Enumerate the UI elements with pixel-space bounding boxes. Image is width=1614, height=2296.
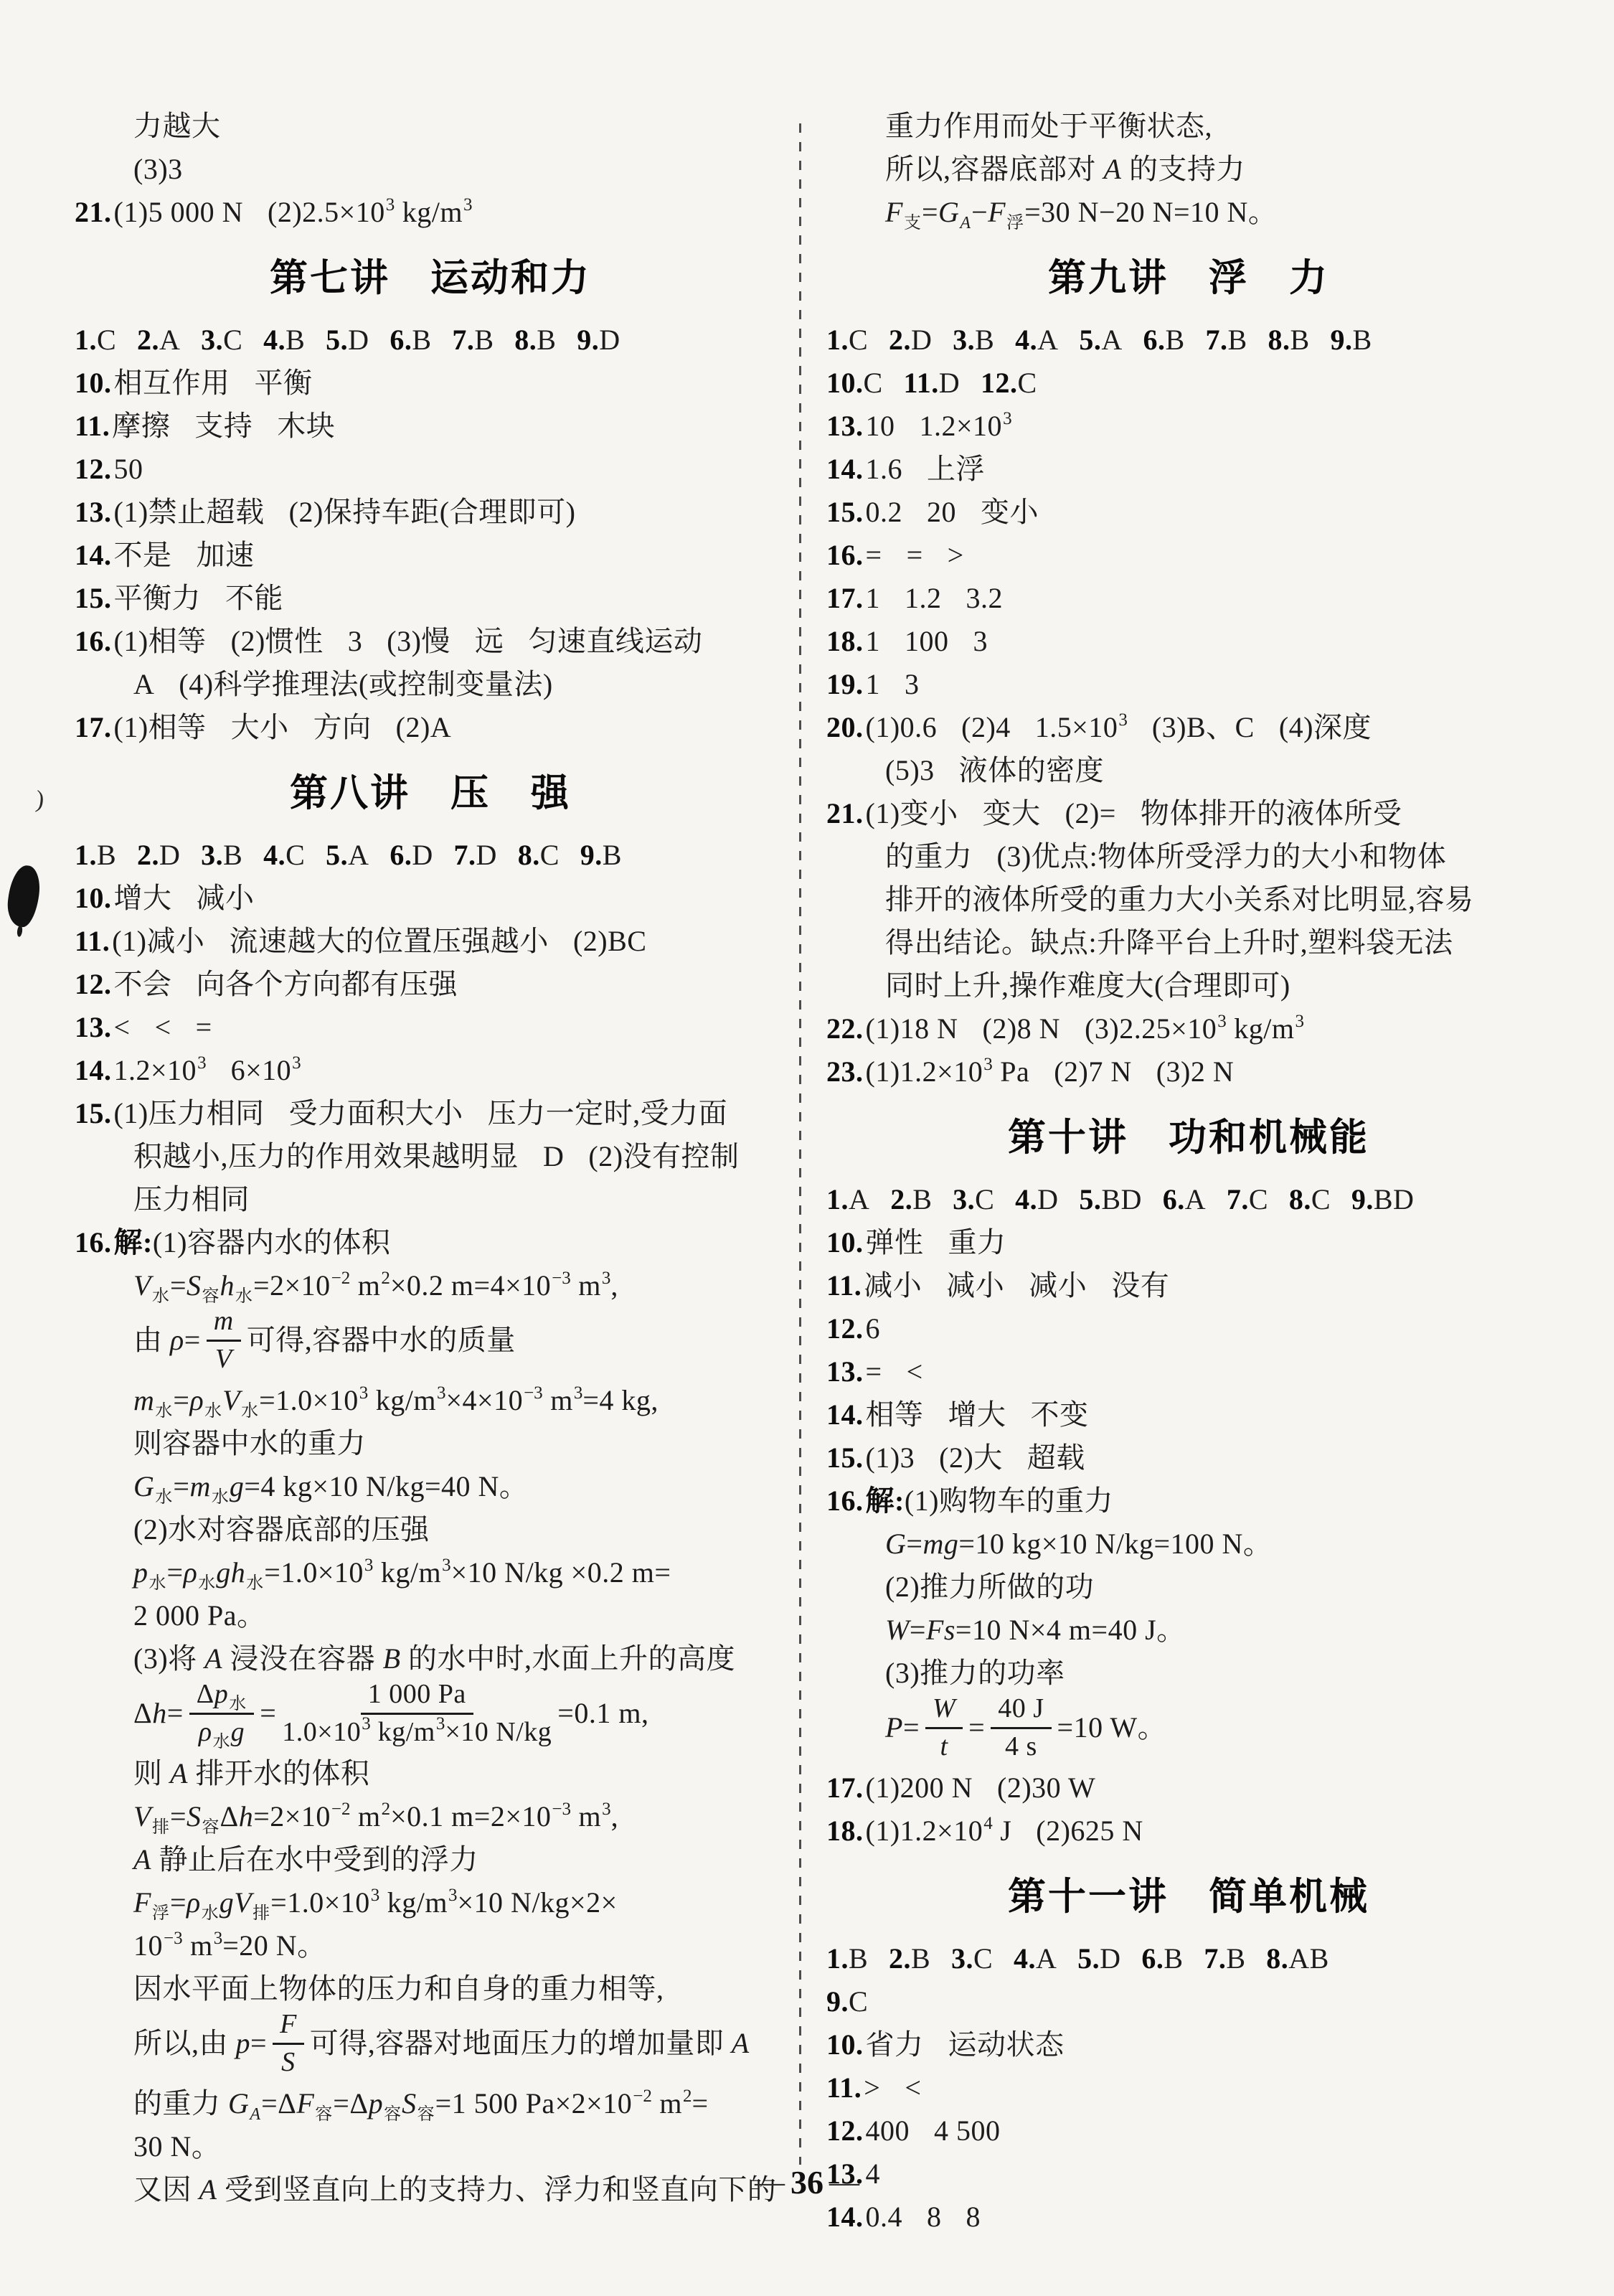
- item-number: 11.: [826, 1269, 862, 1302]
- item-number: 13.: [75, 496, 112, 528]
- answer-continuation-line: 重力作用而处于平衡状态,: [826, 105, 1551, 148]
- answer-continuation-line: 同时上升,操作难度大(合理即可): [826, 964, 1551, 1007]
- item-number: 14.: [826, 1398, 864, 1431]
- item-number: 15.: [75, 582, 112, 614]
- scanned-page: ) 力越大(3)321.(1)5 000 N(2)2.5×103 kg/m3第七…: [0, 0, 1614, 2296]
- section-heading: 第十讲 功和机械能: [826, 1112, 1551, 1164]
- answer-item: 21.(1)5 000 N(2)2.5×103 kg/m3: [75, 191, 786, 234]
- item-number: 12.: [75, 968, 112, 1000]
- section-heading: 第十一讲 简单机械: [826, 1871, 1551, 1923]
- fraction: mV: [207, 1304, 241, 1376]
- answer-item: 12.6: [826, 1307, 1551, 1350]
- item-number: 14.: [826, 2201, 864, 2233]
- answer-continuation-line: (5)3液体的密度: [826, 749, 1551, 792]
- answer-continuation-line: G=mg=10 kg×10 N/kg=100 N。: [826, 1523, 1551, 1566]
- item-number: 17.: [826, 582, 864, 614]
- item-number: 13.: [75, 1011, 112, 1043]
- item-number: 16.: [826, 1485, 864, 1517]
- answer-item: 10.弹性重力: [826, 1221, 1551, 1264]
- answer-continuation-line: (3)将 A 浸没在容器 B 的水中时,水面上升的高度: [75, 1637, 786, 1680]
- answer-continuation-line: V水=S容h水=2×10−2 m2×0.2 m=4×10−3 m3,: [75, 1264, 786, 1307]
- item-number: 10.: [75, 882, 112, 914]
- item-number: 15.: [75, 1097, 112, 1129]
- item-number: 13.: [826, 1355, 864, 1388]
- fraction: 40 J4 s: [991, 1692, 1051, 1764]
- answer-item: 12.50: [75, 448, 786, 491]
- footer-left-dash: —: [755, 2168, 785, 2197]
- answer-item: 10.增大减小: [75, 877, 786, 920]
- item-number: 10.: [75, 367, 112, 399]
- answer-item: 18.11003: [826, 620, 1551, 663]
- item-number: 15.: [826, 1441, 864, 1474]
- answer-item: 20.(1)0.6(2)41.5×103(3)B、C(4)深度: [826, 706, 1551, 749]
- fraction: Δp水ρ水g: [189, 1678, 254, 1749]
- answer-choices-row: 1.A2.B3.C4.D5.BD6.A7.C8.C9.BD: [826, 1178, 1551, 1221]
- answer-continuation-line: W=Fs=10 N×4 m=40 J。: [826, 1609, 1551, 1652]
- item-number: 14.: [75, 539, 112, 571]
- answer-continuation-line: A 静止后在水中受到的浮力: [75, 1838, 786, 1881]
- answer-continuation-line: F浮=ρ水gV排=1.0×103 kg/m3×10 N/kg×2×: [75, 1881, 786, 1924]
- answer-continuation-line: m水=ρ水V水=1.0×103 kg/m3×4×10−3 m3=4 kg,: [75, 1379, 786, 1422]
- answer-item: 13.101.2×103: [826, 405, 1551, 448]
- answer-continuation-line: A(4)科学推理法(或控制变量法): [75, 663, 786, 706]
- footer-right-dash: —: [829, 2168, 859, 2197]
- item-number: 14.: [826, 453, 864, 485]
- answer-choices-row: 1.B2.D3.B4.C5.A6.D7.D8.C9.B: [75, 834, 786, 877]
- answer-continuation-line: F支=GA−F浮=30 N−20 N=10 N。: [826, 191, 1551, 234]
- answer-continuation-line: P=Wt=40 J4 s=10 W。: [826, 1695, 1551, 1766]
- answer-item: 16.解:(1)购物车的重力: [826, 1479, 1551, 1523]
- item-number: 15.: [826, 496, 864, 528]
- answer-item: 14.1.2×1036×103: [75, 1049, 786, 1092]
- answer-item: 13.(1)禁止超载(2)保持车距(合理即可): [75, 491, 786, 534]
- item-number: 10.: [826, 1226, 864, 1258]
- answer-choices-row: 1.C2.A3.C4.B5.D6.B7.B8.B9.D: [75, 319, 786, 362]
- section-heading: 第八讲 压 强: [75, 768, 786, 819]
- left-column: 力越大(3)321.(1)5 000 N(2)2.5×103 kg/m3第七讲 …: [75, 105, 786, 2211]
- answer-continuation-line: 2 000 Pa。: [75, 1594, 786, 1637]
- item-number: 18.: [826, 1815, 864, 1847]
- answer-item: 22.(1)18 N(2)8 N(3)2.25×103 kg/m3: [826, 1007, 1551, 1050]
- answer-item: 16.解:(1)容器内水的体积: [75, 1221, 786, 1264]
- answer-continuation-line: p水=ρ水gh水=1.0×103 kg/m3×10 N/kg ×0.2 m=: [75, 1551, 786, 1594]
- answer-item: 11.减小减小减小没有: [826, 1264, 1551, 1307]
- answer-choices-row: 1.B2.B3.C4.A5.D6.B7.B8.AB: [826, 1937, 1551, 1980]
- answer-continuation-line: V排=S容Δh=2×10−2 m2×0.1 m=2×10−3 m3,: [75, 1795, 786, 1838]
- answer-continuation-line: Δh=Δp水ρ水g=1 000 Pa1.0×103 kg/m3×10 N/kg=…: [75, 1680, 786, 1752]
- item-number: 12.: [75, 453, 112, 485]
- answer-choices-row: 1.C2.D3.B4.A5.A6.B7.B8.B9.B: [826, 319, 1551, 362]
- margin-paren-artifact: ): [34, 786, 45, 814]
- answer-choices-row: 10.C11.D12.C: [826, 362, 1551, 405]
- answer-continuation-line: 由 ρ=mV可得,容器中水的质量: [75, 1307, 786, 1379]
- answer-item: 11.摩擦支持木块: [75, 405, 786, 448]
- fraction: 1 000 Pa1.0×103 kg/m3×10 N/kg: [282, 1678, 552, 1749]
- answer-item: 15.0.220变小: [826, 491, 1551, 534]
- answer-continuation-line: (2)推力所做的功: [826, 1566, 1551, 1609]
- answer-item: 15.(1)3(2)大超载: [826, 1436, 1551, 1479]
- answer-item: 10.相互作用平衡: [75, 362, 786, 405]
- answer-item: 18.(1)1.2×104 J(2)625 N: [826, 1810, 1551, 1853]
- answer-choices-row: 9.C: [826, 1980, 1551, 2023]
- item-number: 21.: [826, 797, 864, 829]
- answer-continuation-line: (2)水对容器底部的压强: [75, 1508, 786, 1551]
- right-column: 重力作用而处于平衡状态,所以,容器底部对 A 的支持力F支=GA−F浮=30 N…: [826, 105, 1551, 2239]
- column-divider-dashed-line: [799, 123, 801, 2165]
- item-number: 11.: [75, 925, 110, 957]
- answer-continuation-line: 则容器中水的重力: [75, 1422, 786, 1465]
- item-number: 22.: [826, 1012, 864, 1045]
- page-number: 36: [791, 2168, 823, 2197]
- item-number: 19.: [826, 668, 864, 700]
- answer-item: 16.==>: [826, 534, 1551, 577]
- answer-item: 14.相等增大不变: [826, 1393, 1551, 1436]
- answer-item: 11.(1)减小流速越大的位置压强越小(2)BC: [75, 920, 786, 963]
- item-number: 17.: [826, 1772, 864, 1804]
- answer-item: 12.不会向各个方向都有压强: [75, 963, 786, 1006]
- item-number: 14.: [75, 1054, 112, 1086]
- answer-item: 13.<<=: [75, 1006, 786, 1049]
- answer-item: 12.4004 500: [826, 2109, 1551, 2152]
- answer-continuation-line: G水=m水g=4 kg×10 N/kg=40 N。: [75, 1465, 786, 1508]
- answer-continuation-line: 30 N。: [75, 2125, 786, 2168]
- item-number: 10.: [826, 2028, 864, 2061]
- answer-continuation-line: 因水平面上物体的压力和自身的重力相等,: [75, 1967, 786, 2010]
- item-number: 17.: [75, 711, 112, 743]
- answer-continuation-line: 得出结论。缺点:升降平台上升时,塑料袋无法: [826, 921, 1551, 964]
- answer-continuation-line: 排开的液体所受的重力大小关系对比明显,容易: [826, 878, 1551, 921]
- answer-item: 10.省力运动状态: [826, 2023, 1551, 2066]
- answer-continuation-line: 的重力 GA=ΔF容=Δp容S容=1 500 Pa×2×10−2 m2=: [75, 2082, 786, 2125]
- answer-continuation-line: 则 A 排开水的体积: [75, 1752, 786, 1795]
- item-number: 16.: [75, 625, 112, 657]
- item-number: 16.: [75, 1226, 112, 1258]
- answer-continuation-line: 力越大: [75, 105, 786, 148]
- answer-item: 17.(1)相等大小方向(2)A: [75, 706, 786, 749]
- section-heading: 第七讲 运动和力: [75, 253, 786, 304]
- answer-continuation-line: 积越小,压力的作用效果越明显D(2)没有控制: [75, 1135, 786, 1178]
- item-number: 23.: [826, 1055, 864, 1088]
- answer-item: 14.0.488: [826, 2196, 1551, 2239]
- answer-item: 19.13: [826, 663, 1551, 706]
- answer-item: 13.=<: [826, 1350, 1551, 1393]
- item-number: 12.: [826, 2114, 864, 2147]
- item-number: 20.: [826, 711, 864, 743]
- answer-item: 15.(1)压力相同受力面积大小压力一定时,受力面: [75, 1092, 786, 1135]
- answer-continuation-line: 压力相同: [75, 1178, 786, 1221]
- answer-continuation-line: 所以,由 p=FS可得,容器对地面压力的增加量即 A: [75, 2010, 786, 2082]
- answer-item: 23.(1)1.2×103 Pa(2)7 N(3)2 N: [826, 1050, 1551, 1093]
- answer-item: 14.不是加速: [75, 534, 786, 577]
- answer-item: 17.(1)200 N(2)30 W: [826, 1766, 1551, 1810]
- fraction: Wt: [925, 1692, 963, 1764]
- answer-continuation-line: (3)推力的功率: [826, 1652, 1551, 1695]
- item-number: 21.: [75, 196, 112, 228]
- item-number: 16.: [826, 539, 864, 571]
- ink-blob-artifact: [5, 864, 42, 928]
- answer-item: 16.(1)相等(2)惯性3(3)慢远匀速直线运动: [75, 620, 786, 663]
- page-footer: — 36 —: [0, 2168, 1614, 2197]
- item-number: 12.: [826, 1312, 864, 1345]
- section-heading: 第九讲 浮 力: [826, 253, 1551, 304]
- item-number: 18.: [826, 625, 864, 657]
- item-number: 11.: [826, 2071, 862, 2104]
- answer-continuation-line: 10−3 m3=20 N。: [75, 1924, 786, 1967]
- answer-item: 11.><: [826, 2066, 1551, 2109]
- answer-item: 17.11.23.2: [826, 577, 1551, 620]
- answer-continuation-line: 的重力(3)优点:物体所受浮力的大小和物体: [826, 835, 1551, 878]
- answer-item: 15.平衡力不能: [75, 577, 786, 620]
- fraction: FS: [273, 2008, 304, 2079]
- answer-item: 14.1.6上浮: [826, 448, 1551, 491]
- answer-continuation-line: 所以,容器底部对 A 的支持力: [826, 148, 1551, 191]
- item-number: 11.: [75, 410, 110, 442]
- answer-continuation-line: (3)3: [75, 148, 786, 191]
- answer-item: 21.(1)变小变大(2)=物体排开的液体所受: [826, 792, 1551, 835]
- item-number: 13.: [826, 410, 864, 442]
